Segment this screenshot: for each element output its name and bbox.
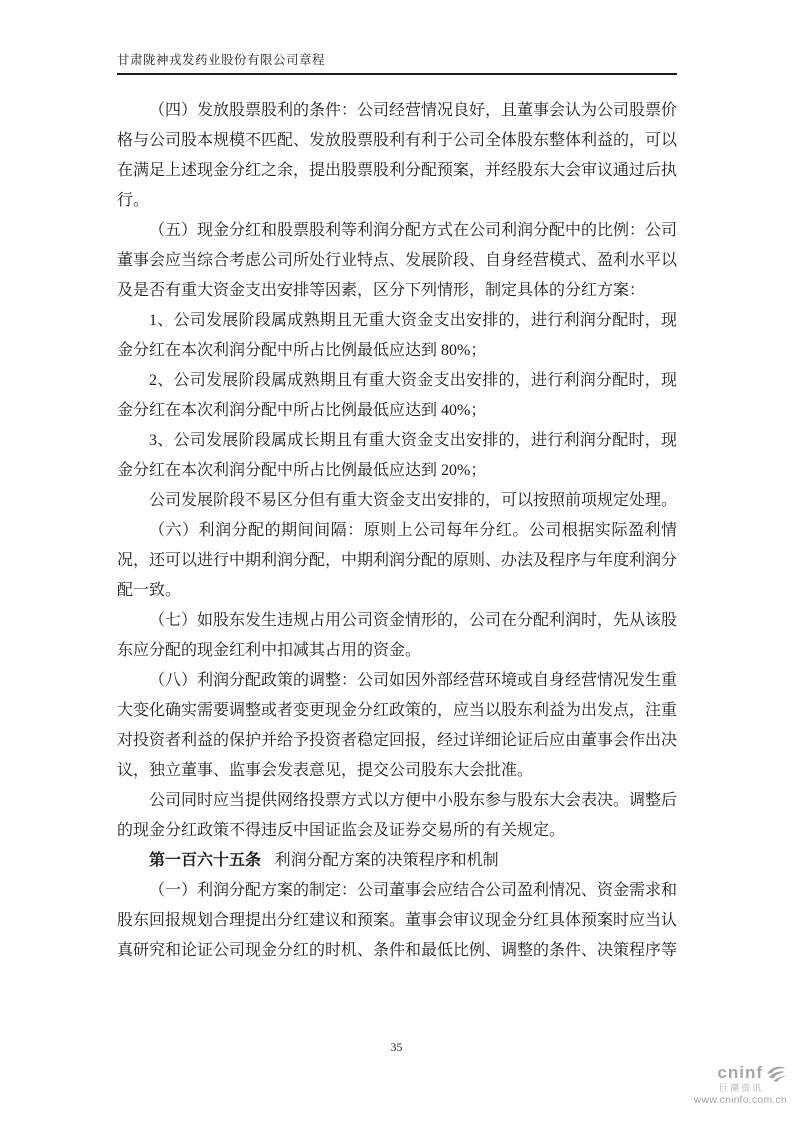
document-page: 甘肃陇神戎发药业股份有限公司章程 （四）发放股票股利的条件：公司经营情况良好，且…: [0, 0, 793, 1122]
paragraph: （四）发放股票股利的条件：公司经营情况良好，且董事会认为公司股票价格与公司股本规…: [117, 96, 677, 216]
paragraph: 公司同时应当提供网络投票方式以方便中小股东参与股东大会表决。调整后的现金分红政策…: [117, 786, 677, 846]
article-heading: 第一百六十五条利润分配方案的决策程序和机制: [117, 846, 677, 876]
cninfo-url: www.cninfo.com.cn: [637, 1095, 787, 1107]
cninfo-logo: cninf 巨潮资讯 www.cninfo.com.cn: [637, 1063, 787, 1106]
cninfo-subtitle: 巨潮资讯: [637, 1084, 763, 1094]
list-item-paragraph: 1、公司发展阶段属成熟期且无重大资金支出安排的，进行利润分配时，现金分红在本次利…: [117, 306, 677, 366]
page-number: 35: [0, 1040, 793, 1055]
paragraph: 公司发展阶段不易区分但有重大资金支出安排的，可以按照前项规定处理。: [117, 486, 677, 516]
article-number: 第一百六十五条: [149, 852, 261, 869]
cninfo-swirl-icon: [765, 1063, 787, 1083]
paragraph: （七）如股东发生违规占用公司资金情形的，公司在分配利润时，先从该股东应分配的现金…: [117, 606, 677, 666]
cninfo-brand-name: cninf: [717, 1064, 763, 1083]
document-header-title: 甘肃陇神戎发药业股份有限公司章程: [117, 50, 677, 75]
list-item-paragraph: 2、公司发展阶段属成熟期且有重大资金支出安排的，进行利润分配时，现金分红在本次利…: [117, 366, 677, 426]
document-body: （四）发放股票股利的条件：公司经营情况良好，且董事会认为公司股票价格与公司股本规…: [117, 96, 677, 966]
article-title: 利润分配方案的决策程序和机制: [275, 852, 499, 869]
paragraph: （一）利润分配方案的制定：公司董事会应结合公司盈利情况、资金需求和股东回报规划合…: [117, 876, 677, 966]
paragraph: （五）现金分红和股票股利等利润分配方式在公司利润分配中的比例：公司董事会应当综合…: [117, 216, 677, 306]
list-item-paragraph: 3、公司发展阶段属成长期且有重大资金支出安排的，进行利润分配时，现金分红在本次利…: [117, 426, 677, 486]
paragraph: （六）利润分配的期间间隔：原则上公司每年分红。公司根据实际盈利情况，还可以进行中…: [117, 516, 677, 606]
paragraph: （八）利润分配政策的调整：公司如因外部经营环境或自身经营情况发生重大变化确实需要…: [117, 666, 677, 786]
